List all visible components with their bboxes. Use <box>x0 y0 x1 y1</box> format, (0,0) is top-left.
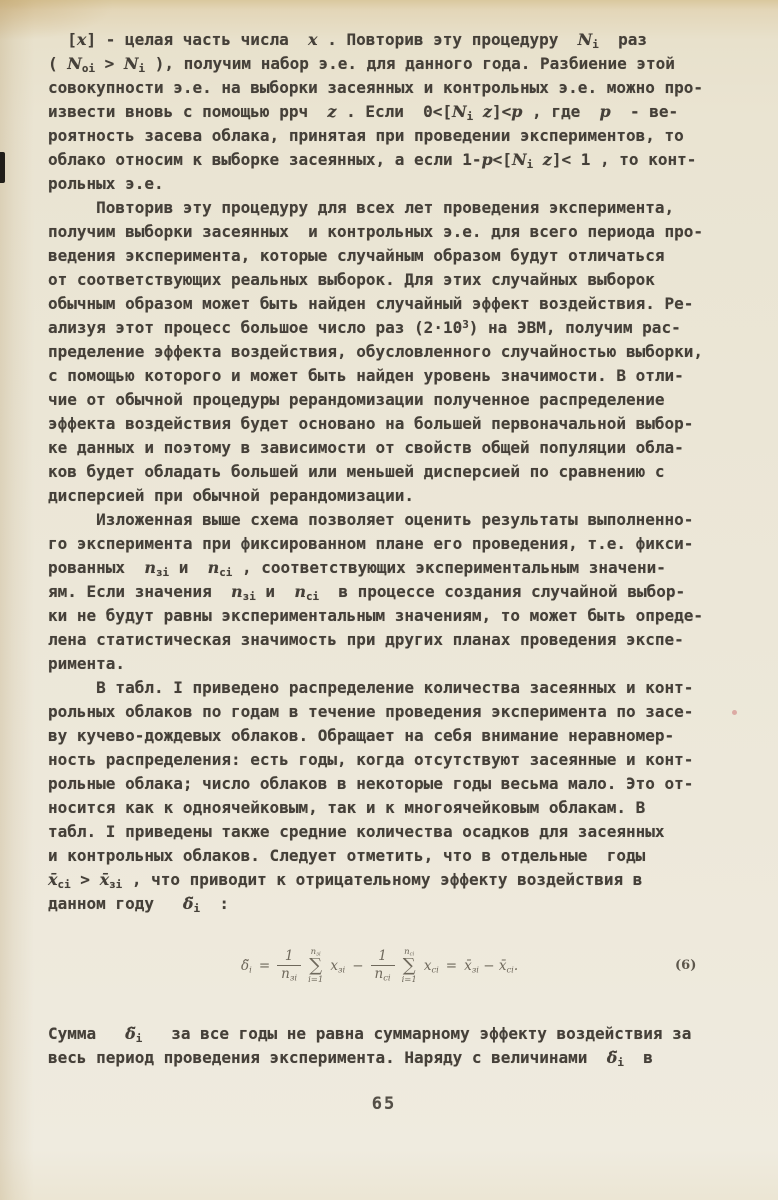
fraction-2-denominator: nci <box>371 965 395 983</box>
text-line: ву кучево-дождевых облаков. Обращает на … <box>48 724 720 748</box>
text-line: римента. <box>48 652 720 676</box>
sum-1: nзi ∑ i=1 <box>308 948 323 985</box>
text-line: рольных облаков по годам в течение прове… <box>48 700 720 724</box>
text-line: ки не будут равны экспериментальным знач… <box>48 604 720 628</box>
text-line: ке данных и поэтому в зависимости от сво… <box>48 436 720 460</box>
text-line: Повторив эту процедуру для всех лет пров… <box>48 196 720 220</box>
equation-number: (6) <box>675 954 696 978</box>
sum-2-lower-limit: i=1 <box>402 976 417 985</box>
text-line: ализуя этот процесс большое число раз (2… <box>48 316 720 340</box>
fraction-2: 1 nci <box>371 949 395 982</box>
equals-sign: = <box>259 954 270 978</box>
text-line: чие от обычной процедуры рерандомизации … <box>48 388 720 412</box>
text-line: облако относим к выборке засеянных, а ес… <box>48 148 720 172</box>
text-line: получим выборки засеянных и контрольных … <box>48 220 720 244</box>
term-control: xci <box>424 954 439 978</box>
equation-6: δ̃i = 1 nзi nзi ∑ i=1 xзi − 1 nci <box>241 948 518 985</box>
text-block: [x] - целая часть числа x . Повторив эту… <box>48 28 720 1116</box>
text-line: табл. I приведены также средние количест… <box>48 820 720 844</box>
paragraph: [x] - целая часть числа x . Повторив эту… <box>48 28 720 196</box>
text-line: дисперсией при обычной рерандомизации. <box>48 484 720 508</box>
text-line: Сумма δ̃i за все годы не равна суммарном… <box>48 1022 720 1046</box>
paragraph: Изложенная выше схема позволяет оценить … <box>48 508 720 676</box>
text-line: роятность засева облака, принятая при пр… <box>48 124 720 148</box>
page-number: 65 <box>48 1092 720 1116</box>
paragraphs-bottom: Сумма δ̃i за все годы не равна суммарном… <box>48 1022 720 1070</box>
delta-lhs: δ̃i <box>241 954 252 978</box>
text-line: ( Noi > Ni ), получим набор э.е. для дан… <box>48 52 720 76</box>
sum-1-lower-limit: i=1 <box>308 976 323 985</box>
scanned-page: [x] - целая часть числа x . Повторив эту… <box>0 0 778 1200</box>
formula-row: δ̃i = 1 nзi nзi ∑ i=1 xзi − 1 nci <box>48 936 720 996</box>
sigma-icon: ∑ <box>309 956 322 976</box>
text-line: [x] - целая часть числа x . Повторив эту… <box>48 28 720 52</box>
text-line: данном году δ̃i : <box>48 892 720 916</box>
text-line: ность распределения: есть годы, когда от… <box>48 748 720 772</box>
text-line: пределение эффекта воздействия, обусловл… <box>48 340 720 364</box>
text-line: от соответствующих реальных выборок. Для… <box>48 268 720 292</box>
text-line: извести вновь с помощью ррч z . Если 0<[… <box>48 100 720 124</box>
text-line: обычным образом может быть найден случай… <box>48 292 720 316</box>
term-seeded: xзi <box>330 954 345 978</box>
text-line: носится как к одноячейковым, так и к мно… <box>48 796 720 820</box>
paragraph: В табл. I приведено распределение количе… <box>48 676 720 916</box>
fraction-1: 1 nзi <box>277 949 301 982</box>
text-line: рольных э.е. <box>48 172 720 196</box>
text-line: го эксперимента при фиксированном плане … <box>48 532 720 556</box>
rhs-means: x̄зi − x̄ci. <box>464 954 518 978</box>
sigma-icon: ∑ <box>403 956 416 976</box>
text-line: ям. Если значения nзi и nci в процессе с… <box>48 580 720 604</box>
paragraphs-top: [x] - целая часть числа x . Повторив эту… <box>48 28 720 916</box>
sum-2: nci ∑ i=1 <box>402 948 417 985</box>
text-line: x̄ci > x̄зi , что приводит к отрицательн… <box>48 868 720 892</box>
text-line: совокупности э.е. на выборки засеянных и… <box>48 76 720 100</box>
paragraph: Сумма δ̃i за все годы не равна суммарном… <box>48 1022 720 1070</box>
paragraph: Повторив эту процедуру для всех лет пров… <box>48 196 720 508</box>
text-line: лена статистическая значимость при други… <box>48 628 720 652</box>
text-line: Изложенная выше схема позволяет оценить … <box>48 508 720 532</box>
fraction-1-denominator: nзi <box>277 965 301 983</box>
fraction-2-numerator: 1 <box>378 949 387 965</box>
text-line: весь период проведения эксперимента. Нар… <box>48 1046 720 1070</box>
text-line: и контрольных облаков. Следует отметить,… <box>48 844 720 868</box>
text-line: рольные облака; число облаков в некоторы… <box>48 772 720 796</box>
fraction-1-numerator: 1 <box>285 949 294 965</box>
text-line: ков будет обладать большей или меньшей д… <box>48 460 720 484</box>
equals-sign-2: = <box>446 954 457 978</box>
scan-speck <box>732 710 737 715</box>
minus-sign: − <box>352 954 363 978</box>
text-line: рованных nзi и nci , соответствующих экс… <box>48 556 720 580</box>
text-line: с помощью которого и может быть найден у… <box>48 364 720 388</box>
text-line: эффекта воздействия будет основано на бо… <box>48 412 720 436</box>
text-line: В табл. I приведено распределение количе… <box>48 676 720 700</box>
text-line: ведения эксперимента, которые случайным … <box>48 244 720 268</box>
scan-artifact <box>0 152 5 183</box>
